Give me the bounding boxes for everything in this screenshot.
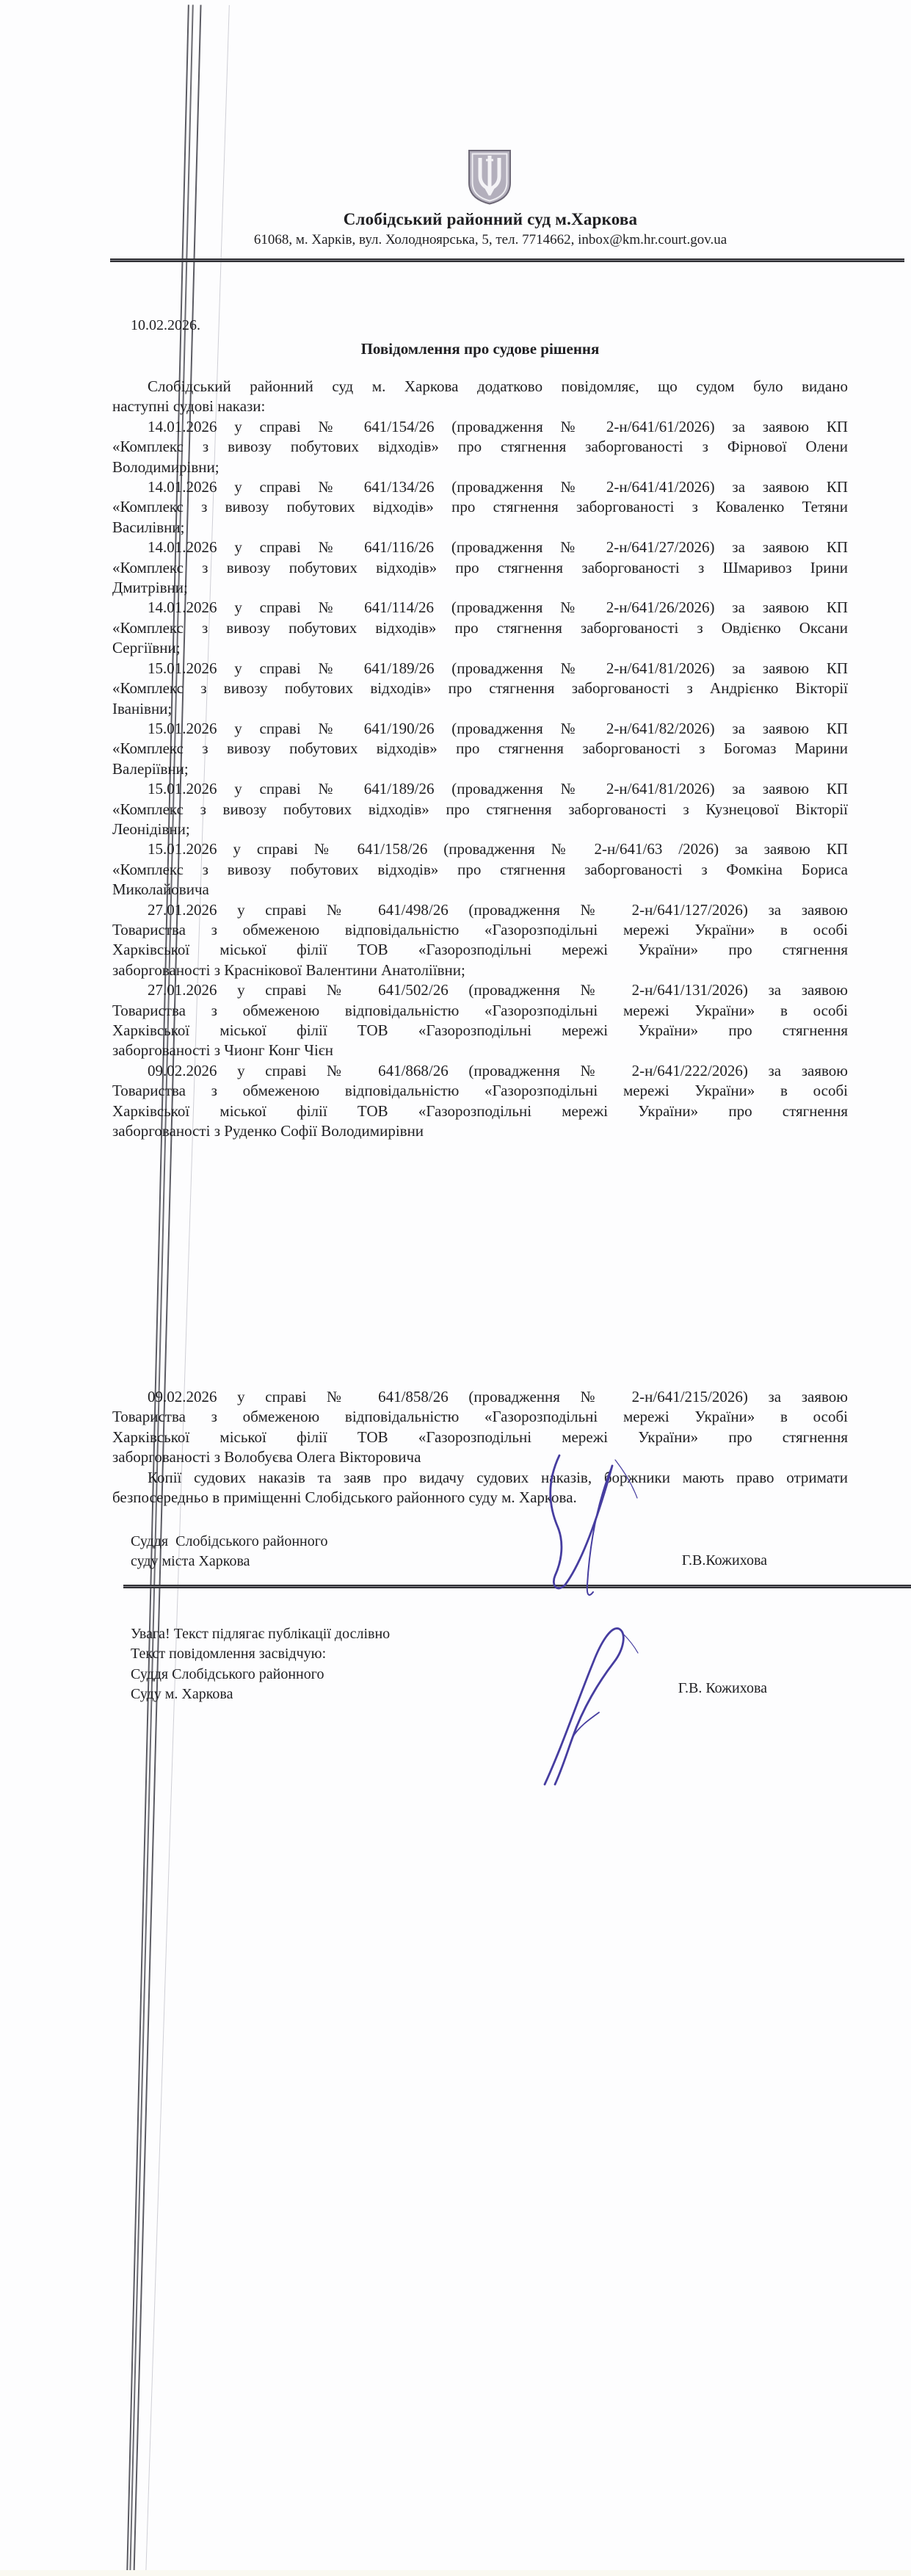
- paragraph-line: заборгованості з Руденко Софії Володимир…: [112, 1121, 848, 1141]
- paragraph: 14.01.2026 у справі № 641/154/26 (провад…: [112, 417, 848, 477]
- paragraph-line: Леонідівни;: [112, 820, 848, 839]
- paragraph-line: 14.01.2026 у справі № 641/154/26 (провад…: [112, 417, 848, 437]
- paragraph: 14.01.2026 у справі № 641/114/26 (провад…: [112, 598, 848, 658]
- paragraph-line: наступні судові накази:: [112, 397, 848, 416]
- notice-body-page2: 09.02.2026 у справі № 641/858/26 (провад…: [112, 1387, 848, 1508]
- paragraph-line: Товариства з обмеженою відповідальністю …: [112, 1001, 848, 1021]
- court-name: Слобідський районний суд м.Харкова: [70, 209, 911, 231]
- paragraph: Копії судових наказів та заяв про видачу…: [112, 1468, 848, 1508]
- paragraph-line: «Комплекс з вивозу побутових відходів» п…: [112, 497, 848, 517]
- paragraph-line: Харківської міської філії ТОВ «Газорозпо…: [112, 1101, 848, 1121]
- ukraine-trident-emblem-icon: [467, 148, 512, 209]
- paragraph-line: Іванівни;: [112, 699, 848, 719]
- paragraph-line: «Комплекс з вивозу побутових відходів» п…: [112, 558, 848, 578]
- paragraph-line: Харківської міської філії ТОВ «Газорозпо…: [112, 1428, 848, 1447]
- paragraph-line: Василівни;: [112, 518, 848, 538]
- paragraph-line: 09.02.2026 у справі № 641/858/26 (провад…: [112, 1387, 848, 1407]
- paragraph-line: «Комплекс з вивозу побутових відходів» п…: [112, 739, 848, 759]
- paragraph-line: заборгованості з Волобуєва Олега Вікторо…: [112, 1447, 848, 1467]
- paragraph: 15.01.2026 у справі № 641/189/26 (провад…: [112, 659, 848, 719]
- paragraph-line: Володимирівни;: [112, 457, 848, 477]
- paragraph: 15.01.2026 у справі № 641/158/26 (провад…: [112, 839, 848, 900]
- paragraph-line: «Комплекс з вивозу побутових відходів» п…: [112, 618, 848, 638]
- judge-signature-ink-1: [527, 1451, 652, 1609]
- paragraph-line: Копії судових наказів та заяв про видачу…: [112, 1468, 848, 1488]
- paragraph-line: Слобідський районний суд м. Харкова дода…: [112, 377, 848, 397]
- paragraph: Слобідський районний суд м. Харкова дода…: [112, 377, 848, 417]
- paragraph: 15.01.2026 у справі № 641/190/26 (провад…: [112, 719, 848, 779]
- document-title: Повідомлення про судове рішення: [112, 340, 848, 358]
- judge-name-2: Г.В. Кожихова: [628, 1679, 767, 1699]
- scanned-court-document-page: Слобідський районний суд м.Харкова 61068…: [0, 0, 911, 2576]
- scanner-edge-artifact: [0, 2570, 911, 2576]
- paragraph-line: безпосередньо в приміщенні Слобідського …: [112, 1488, 848, 1508]
- paragraph-line: Товариства з обмеженою відповідальністю …: [112, 1407, 848, 1427]
- paragraph-line: Товариства з обмеженою відповідальністю …: [112, 1081, 848, 1101]
- attention-certification-note: Увага! Текст підлягає публікації дослівн…: [131, 1624, 390, 1705]
- paragraph: 09.02.2026 у справі № 641/858/26 (провад…: [112, 1387, 848, 1468]
- paragraph-line: «Комплекс з вивозу побутових відходів» п…: [112, 800, 848, 820]
- notice-body-page1: Слобідський районний суд м. Харкова дода…: [112, 377, 848, 1141]
- paragraph: 27.01.2026 у справі № 641/498/26 (провад…: [112, 900, 848, 981]
- paragraph-line: заборгованості з Чионг Конг Чієн: [112, 1041, 848, 1060]
- paragraph-line: Дмитрівни;: [112, 578, 848, 598]
- letterhead-rule: [110, 258, 904, 262]
- document-date: 10.02.2026.: [131, 316, 200, 336]
- paragraph-line: 14.01.2026 у справі № 641/116/26 (провад…: [112, 538, 848, 557]
- paragraph: 14.01.2026 у справі № 641/134/26 (провад…: [112, 477, 848, 538]
- paragraph-line: 27.01.2026 у справі № 641/502/26 (провад…: [112, 980, 848, 1000]
- paragraph: 14.01.2026 у справі № 641/116/26 (провад…: [112, 538, 848, 598]
- paragraph-line: 09.02.2026 у справі № 641/868/26 (провад…: [112, 1061, 848, 1081]
- paragraph: 27.01.2026 у справі № 641/502/26 (провад…: [112, 980, 848, 1061]
- paragraph-line: 15.01.2026 у справі № 641/189/26 (провад…: [112, 779, 848, 799]
- paragraph-line: Харківської міської філії ТОВ «Газорозпо…: [112, 940, 848, 960]
- paragraph-line: 14.01.2026 у справі № 641/134/26 (провад…: [112, 477, 848, 497]
- paragraph-line: «Комплекс з вивозу побутових відходів» п…: [112, 679, 848, 698]
- paragraph-line: «Комплекс з вивозу побутових відходів» п…: [112, 860, 848, 880]
- paragraph-line: Сергіївни;: [112, 638, 848, 658]
- paragraph-line: Валеріївни;: [112, 759, 848, 779]
- paragraph: 15.01.2026 у справі № 641/189/26 (провад…: [112, 779, 848, 839]
- paragraph-line: 15.01.2026 у справі № 641/190/26 (провад…: [112, 719, 848, 739]
- judge-role-label-1: Суддя Слобідського районного суду міста …: [131, 1532, 327, 1571]
- judge-signature-ink-2: [530, 1617, 647, 1793]
- paragraph-line: 27.01.2026 у справі № 641/498/26 (провад…: [112, 900, 848, 920]
- court-address: 61068, м. Харків, вул. Холодноярська, 5,…: [70, 231, 911, 250]
- signature-separator-rule: [123, 1585, 911, 1588]
- paragraph-line: «Комплекс з вивозу побутових відходів» п…: [112, 437, 848, 457]
- paragraph-line: 15.01.2026 у справі № 641/189/26 (провад…: [112, 659, 848, 679]
- paragraph-line: Товариства з обмеженою відповідальністю …: [112, 920, 848, 940]
- paragraph: 09.02.2026 у справі № 641/868/26 (провад…: [112, 1061, 848, 1142]
- paragraph-line: Харківської міської філії ТОВ «Газорозпо…: [112, 1021, 848, 1041]
- paragraph-line: 15.01.2026 у справі № 641/158/26 (провад…: [112, 839, 848, 859]
- paragraph-line: заборгованості з Краснікової Валентини А…: [112, 960, 848, 980]
- paragraph-line: Миколайовича: [112, 880, 848, 900]
- paragraph-line: 14.01.2026 у справі № 641/114/26 (провад…: [112, 598, 848, 618]
- letterhead: Слобідський районний суд м.Харкова 61068…: [70, 209, 911, 250]
